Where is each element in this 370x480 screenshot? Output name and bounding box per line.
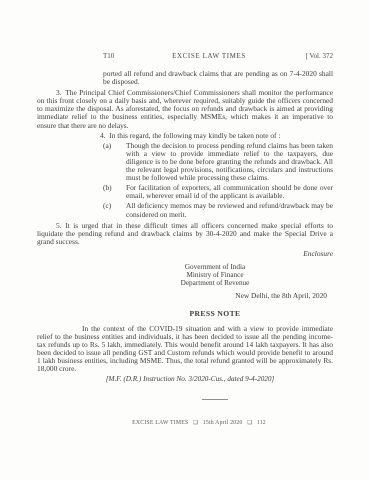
enclosure-note: Enclosure xyxy=(37,250,333,258)
running-footer: EXCISE LAW TIMES ❑ 15th April 2020 ❑ 112 xyxy=(0,420,370,426)
press-note-heading: PRESS NOTE xyxy=(37,310,333,318)
footer-separator-icon: ❑ xyxy=(193,420,198,426)
list-item-text: All deficiency memos may be reviewed and… xyxy=(126,202,333,218)
list-item-text: Though the decision to process pending r… xyxy=(126,142,333,182)
letterhead-line-country: Government of India xyxy=(97,263,333,271)
list-item-text: For facilitation of exporters, all commu… xyxy=(126,184,333,200)
letterhead-line-department: Department of Revenue xyxy=(97,279,333,287)
page-content: T10 EXCISE LAW TIMES [ Vol. 372 ported a… xyxy=(37,52,333,400)
running-header: T10 EXCISE LAW TIMES [ Vol. 372 xyxy=(37,52,333,61)
list-item-b: (b) For facilitation of exporters, all c… xyxy=(103,184,333,200)
paragraph-3: 3. The Principal Chief Commissioners/Chi… xyxy=(37,89,333,129)
list-item-label: (b) xyxy=(103,184,126,200)
list-item-label: (c) xyxy=(103,202,126,218)
footer-separator-icon: ❑ xyxy=(247,420,252,426)
header-journal-title: EXCISE LAW TIMES xyxy=(172,52,246,60)
list-item-c: (c) All deficiency memos may be reviewed… xyxy=(103,202,333,218)
list-item-label: (a) xyxy=(103,142,126,182)
paragraph-5: 5. It is urged that in these difficult t… xyxy=(37,222,333,246)
header-page-number: T10 xyxy=(103,52,114,60)
letterhead-line-ministry: Ministry of Finance xyxy=(97,271,333,279)
section-divider xyxy=(202,399,228,400)
press-note-paragraph: In the context of the COVID-19 situation… xyxy=(37,325,333,374)
paragraph-4-intro: 4. In this regard, the following may kin… xyxy=(100,132,333,140)
journal-page: T10 EXCISE LAW TIMES [ Vol. 372 ported a… xyxy=(0,0,370,480)
header-volume: [ Vol. 372 xyxy=(305,52,333,60)
footer-date: 15th April 2020 xyxy=(203,420,243,426)
dateline: New Delhi, the 8th April, 2020 xyxy=(37,292,333,300)
list-item-a: (a) Though the decision to process pendi… xyxy=(103,142,333,182)
footer-page-number: 112 xyxy=(257,420,266,426)
letterhead: Government of India Ministry of Finance … xyxy=(37,263,333,288)
continuation-paragraph: ported all refund and drawback claims th… xyxy=(103,70,333,86)
footer-journal-title: EXCISE LAW TIMES xyxy=(132,420,188,426)
citation-line: [M.F. (D.R.) Instruction No. 3/2020-Cus.… xyxy=(37,375,333,383)
